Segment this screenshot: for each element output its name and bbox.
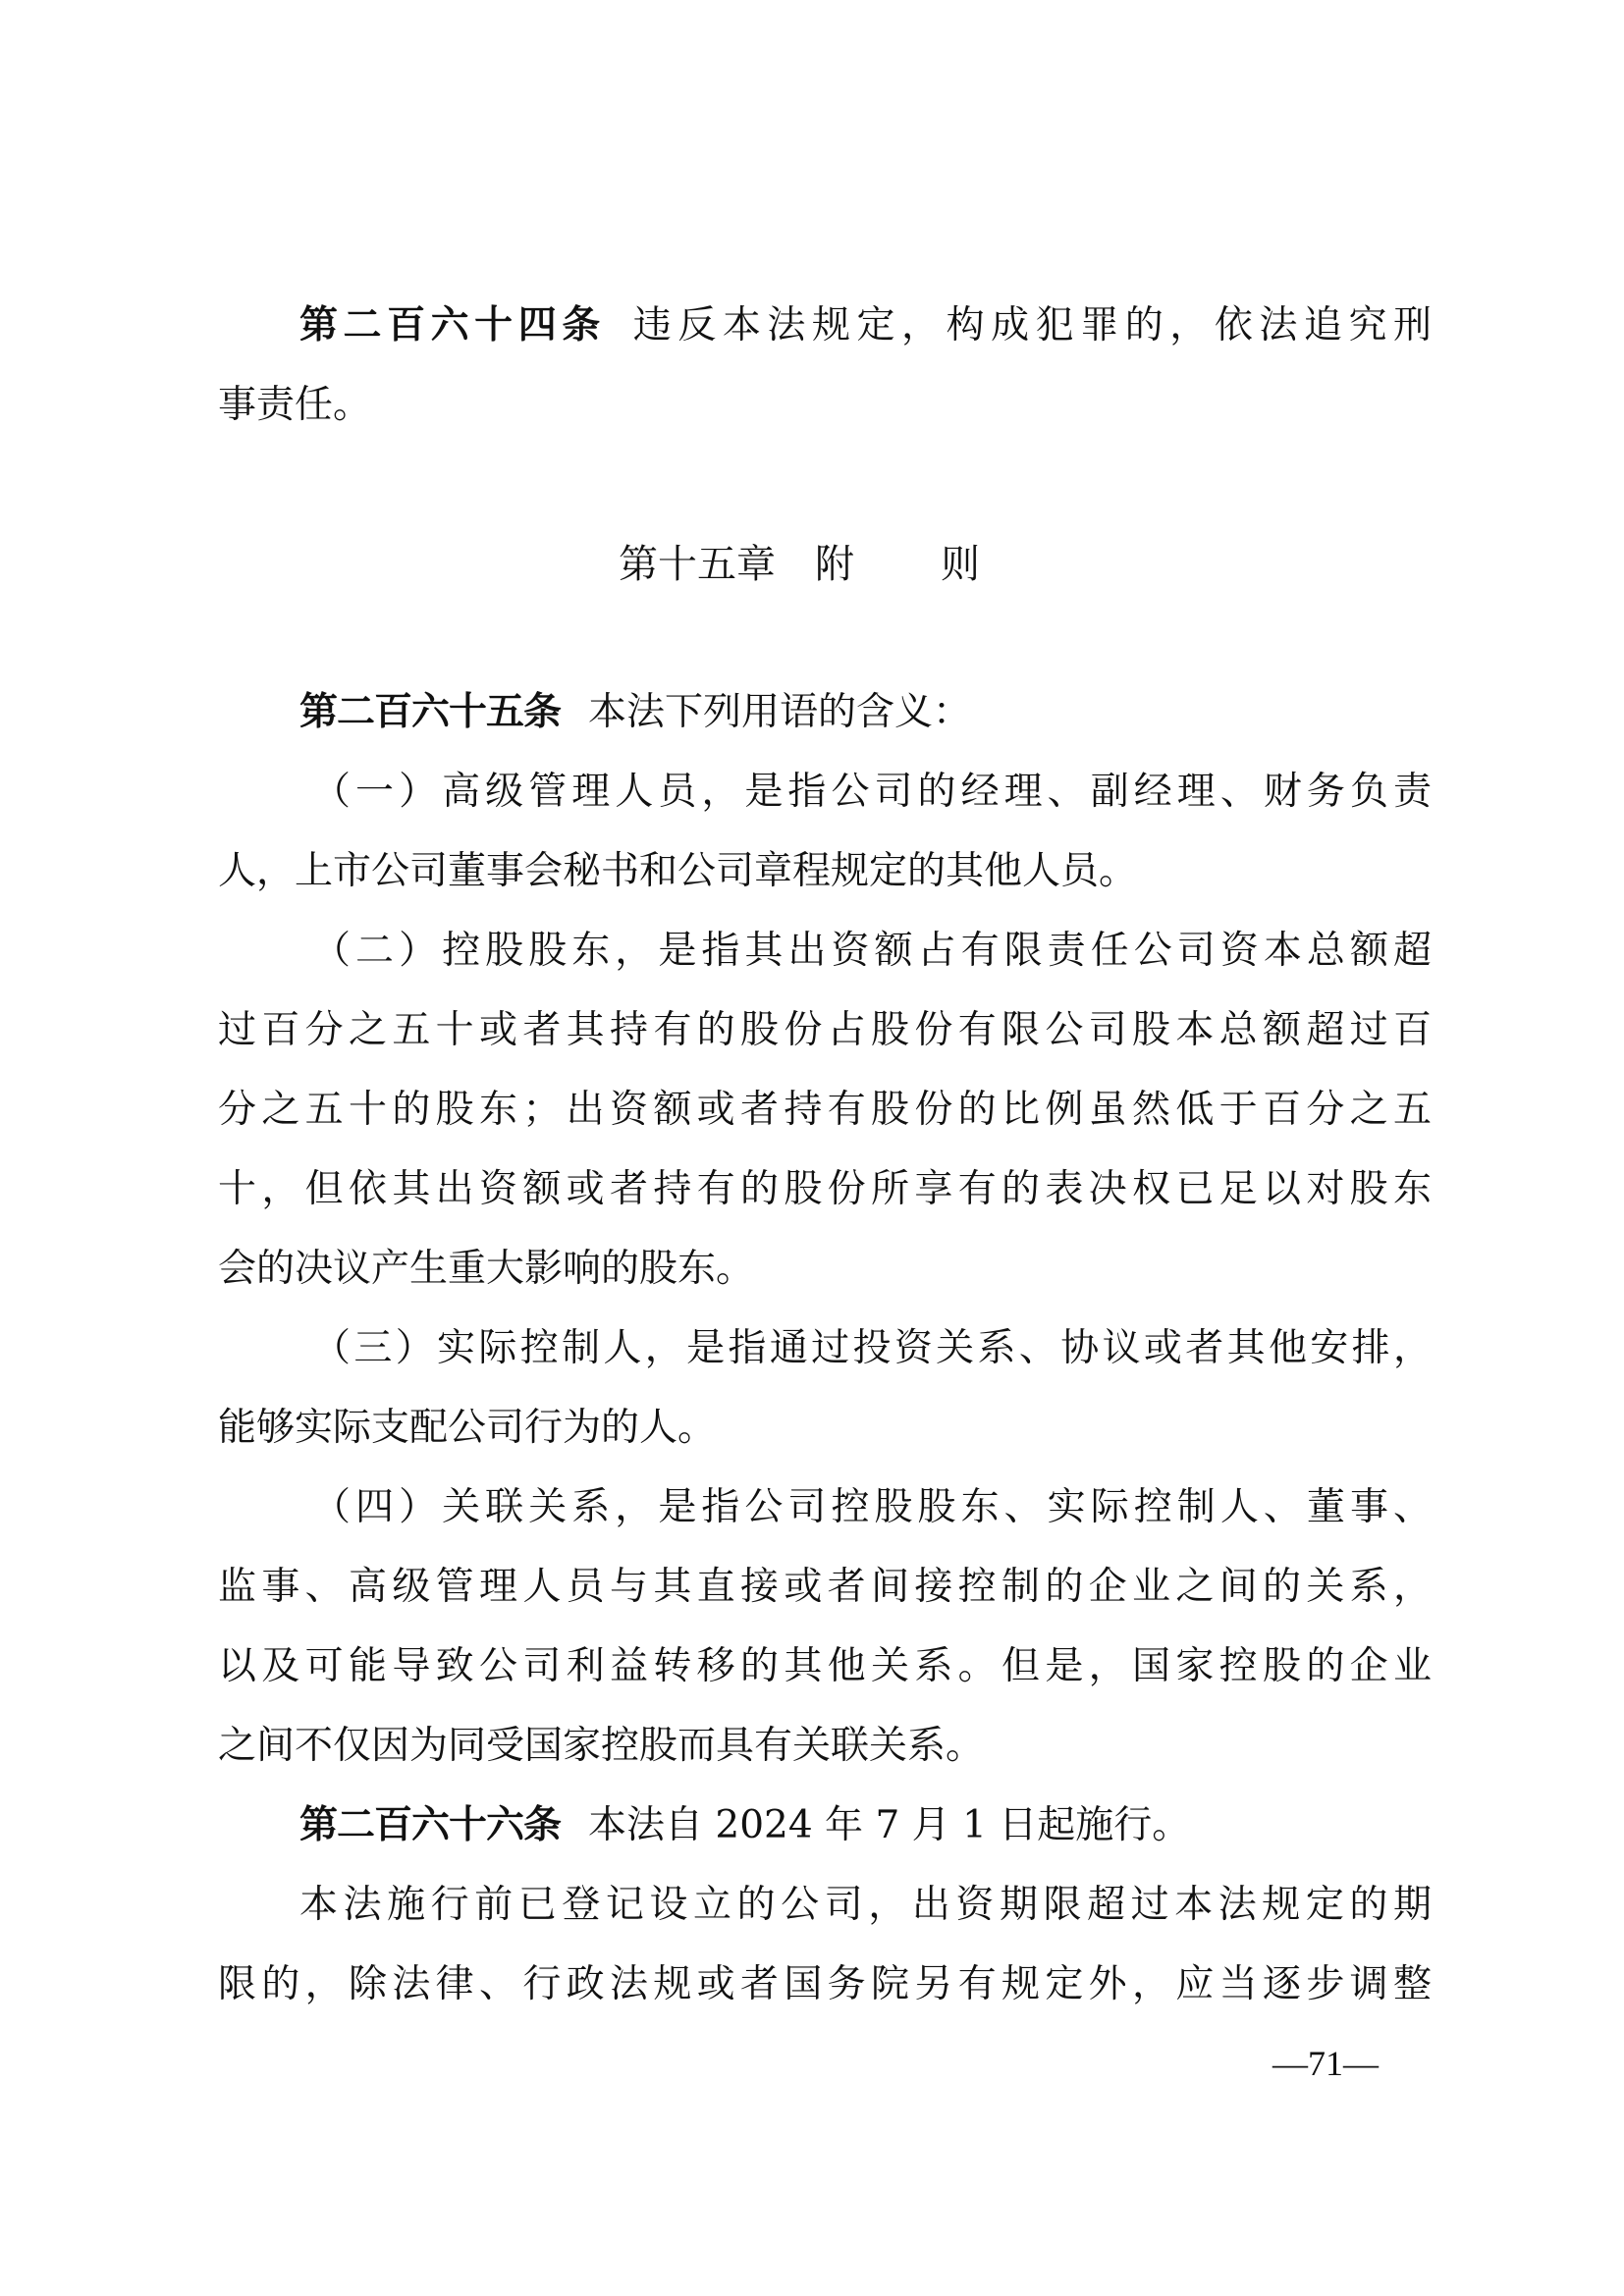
item-4-line-2: 监事、高级管理人员与其直接或者间接控制的企业之间的关系， <box>218 1558 1432 1617</box>
item-2-line-1: （二）控股股东，是指其出资额占有限责任公司资本总额超 <box>312 922 1432 981</box>
item-2-line-3: 分之五十的股东；出资额或者持有股份的比例虽然低于百分之五 <box>218 1081 1432 1140</box>
article-266-para2-line-1: 本法施行前已登记设立的公司，出资期限超过本法规定的期 <box>299 1876 1432 1935</box>
chapter-number: 第十五章 <box>619 542 776 587</box>
item-1-line-2: 人，上市公司董事会秘书和公司章程规定的其他人员。 <box>218 842 1432 901</box>
item-2-line-2: 过百分之五十或者其持有的股份占股份有限公司股本总额超过百 <box>218 1001 1432 1060</box>
article-number: 第二百六十四条 <box>299 303 606 347</box>
article-266-para2-line-2: 限的，除法律、行政法规或者国务院另有规定外，应当逐步调整 <box>218 1955 1432 2014</box>
article-266-line-1: 第二百六十六条本法自 2024 年 7 月 1 日起施行。 <box>299 1796 1432 1855</box>
item-2-line-4: 十，但依其出资额或者持有的股份所享有的表决权已足以对股东 <box>218 1160 1432 1219</box>
item-1-line-1: （一）高级管理人员，是指公司的经理、副经理、财务负责 <box>312 763 1432 822</box>
item-4-line-4: 之间不仅因为同受国家控股而具有关联关系。 <box>218 1717 1432 1776</box>
chapter-title-part2: 则 <box>941 542 980 587</box>
article-number: 第二百六十六条 <box>299 1803 561 1847</box>
item-2-line-5: 会的决议产生重大影响的股东。 <box>218 1240 1432 1299</box>
article-264-line-2: 事责任。 <box>218 376 1432 435</box>
chapter-title-part1: 附 <box>815 542 854 587</box>
item-3-line-1: （三）实际控制人，是指通过投资关系、协议或者其他安排， <box>312 1319 1432 1378</box>
item-4-line-1: （四）关联关系，是指公司控股股东、实际控制人、董事、 <box>312 1478 1432 1537</box>
article-number: 第二百六十五条 <box>299 690 561 734</box>
item-4-line-3: 以及可能导致公司利益转移的其他关系。但是，国家控股的企业 <box>218 1637 1432 1696</box>
page-number: —71— <box>1272 2042 1379 2085</box>
article-265-intro: 第二百六十五条本法下列用语的含义： <box>299 683 1432 742</box>
article-264-line-1: 第二百六十四条违反本法规定，构成犯罪的，依法追究刑 <box>299 296 1432 355</box>
document-page: 第二百六十四条违反本法规定，构成犯罪的，依法追究刑 事责任。 第十五章附则 第二… <box>0 0 1624 2296</box>
chapter-heading: 第十五章附则 <box>619 535 980 594</box>
item-3-line-2: 能够实际支配公司行为的人。 <box>218 1399 1432 1458</box>
